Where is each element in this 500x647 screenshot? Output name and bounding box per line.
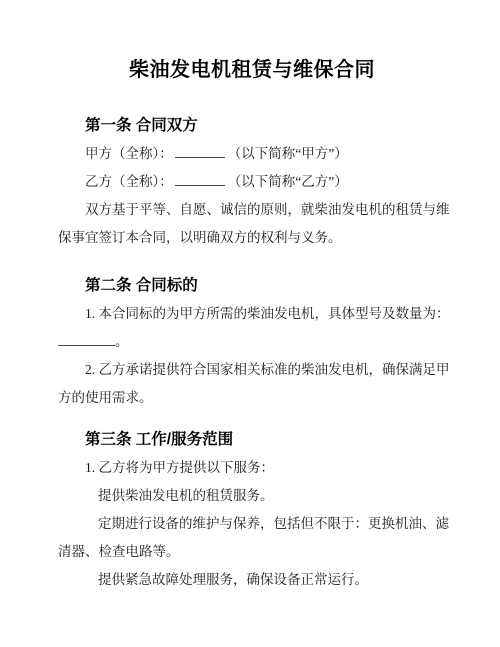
- section-2-item-2-line-1: 2. 乙方承诺提供符合国家相关标准的柴油发电机，确保满足甲: [58, 356, 446, 384]
- service-item-emergency: 提供紧急故障处理服务，确保设备正常运行。: [58, 566, 446, 594]
- party-a-fill-blank: [175, 143, 225, 158]
- section-3-heading: 第三条 工作/服务范围: [58, 426, 446, 454]
- model-quantity-fill-blank: [58, 331, 115, 346]
- section-1-heading: 第一条 合同双方: [58, 112, 446, 140]
- model-quantity-blank-period: 。: [115, 334, 129, 349]
- service-item-rental: 提供柴油发电机的租赁服务。: [58, 482, 446, 510]
- party-b-line: 乙方（全称）：（以下简称“乙方”）: [58, 168, 446, 196]
- contract-document-page: 柴油发电机租赁与维保合同 第一条 合同双方 甲方（全称）：（以下简称“甲方”） …: [0, 0, 500, 647]
- section-work-service-scope: 第三条 工作/服务范围 1. 乙方将为甲方提供以下服务： 提供柴油发电机的租赁服…: [58, 426, 446, 594]
- section-2-heading: 第二条 合同标的: [58, 272, 446, 300]
- service-item-maintenance-line-1: 定期进行设备的维护与保养，包括但不限于：更换机油、滤: [58, 510, 446, 538]
- section-contract-subject: 第二条 合同标的 1. 本合同标的为甲方所需的柴油发电机，具体型号及数量为： 。…: [58, 272, 446, 412]
- document-title: 柴油发电机租赁与维保合同: [58, 0, 446, 86]
- section-contract-parties: 第一条 合同双方 甲方（全称）：（以下简称“甲方”） 乙方（全称）：（以下简称“…: [58, 112, 446, 252]
- party-b-label: 乙方（全称）：: [85, 174, 173, 189]
- section-3-intro-line: 1. 乙方将为甲方提供以下服务：: [58, 454, 446, 482]
- party-b-fill-blank: [175, 171, 225, 186]
- party-a-alias: （以下简称“甲方”）: [228, 146, 348, 161]
- section-1-intro-line-1: 双方基于平等、自愿、诚信的原则，就柴油发电机的租赁与维: [58, 196, 446, 224]
- section-2-item-1-line-1: 1. 本合同标的为甲方所需的柴油发电机，具体型号及数量为：: [58, 300, 446, 328]
- party-a-label: 甲方（全称）：: [85, 146, 173, 161]
- section-1-intro-line-2: 保事宜签订本合同，以明确双方的权利与义务。: [58, 224, 446, 252]
- party-b-alias: （以下简称“乙方”）: [228, 174, 348, 189]
- section-2-item-2-line-2: 方的使用需求。: [58, 384, 446, 412]
- party-a-line: 甲方（全称）：（以下简称“甲方”）: [58, 140, 446, 168]
- section-2-item-1-line-2: 。: [58, 328, 446, 356]
- service-item-maintenance-line-2: 清器、检查电路等。: [58, 538, 446, 566]
